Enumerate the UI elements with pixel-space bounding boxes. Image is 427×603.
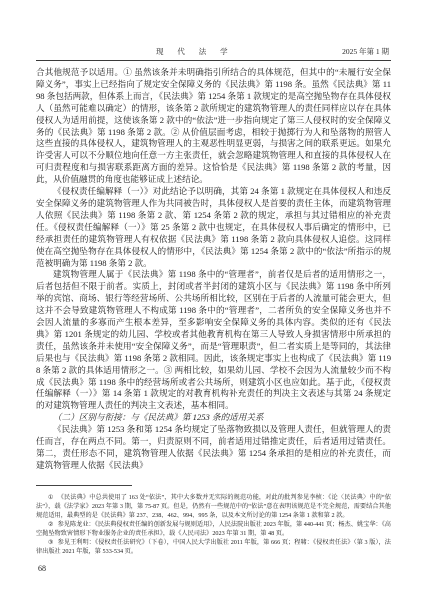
page-number: 68: [36, 564, 391, 573]
footnote-list: ①《民法典》中总共使用了 163 处“依法”，其中大多数并无实际的规范功能，对此…: [36, 493, 391, 556]
footnote-item: ①《民法典》中总共使用了 163 处“依法”，其中大多数并无实际的规范功能，对此…: [36, 493, 391, 520]
journal-title: 现 代 法 学: [156, 46, 234, 57]
footnote-divider: [36, 485, 132, 486]
footnote-text: 参见陈龙业：《民法典侵权责任编的创新发展与规则适用》，人民法院出版社 2023 …: [36, 521, 391, 537]
journal-page: 现 代 法 学 2025 年第 1 期 合其他规范予以适用。① 虽然该条并未明确…: [0, 0, 427, 603]
body-paragraph: 《民法典》第 1253 条和第 1254 条均规定了坠落物致损以及管理人责任，但…: [36, 424, 391, 472]
footnote-text: 参见王利明：《侵权责任法研究》（下卷），中国人民大学出版社 2011 年版，第 …: [36, 539, 391, 555]
footnote-item: ③参见王利明：《侵权责任法研究》（下卷），中国人民大学出版社 2011 年版，第…: [36, 538, 391, 556]
footnote-marker: ①: [48, 494, 54, 501]
running-head: 现 代 法 学 2025 年第 1 期: [36, 46, 391, 61]
footnote-marker: ②: [48, 521, 54, 528]
issue-label: 2025 年第 1 期: [342, 46, 389, 57]
body-paragraph: 合其他规范予以适用。① 虽然该条并未明确指引所结合的具体规范，但其中的“未履行安…: [36, 67, 391, 186]
footnote-marker: ③: [48, 539, 54, 546]
body-paragraph: 《侵权责任编解释（一）》对此结论予以明确，其第 24 条第 1 款规定在具体侵权…: [36, 186, 391, 269]
section-subheading: （二）区别与衔接：与《民法典》第 1253 条的适用关系: [36, 412, 391, 424]
body-text: 合其他规范予以适用。① 虽然该条并未明确指引所结合的具体规范，但其中的“未履行安…: [36, 67, 391, 472]
footnote-text: 《民法典》中总共使用了 163 处“依法”，其中大多数并无实际的规范功能，对此的…: [36, 494, 391, 519]
footnote-item: ②参见陈龙业：《民法典侵权责任编的创新发展与规则适用》，人民法院出版社 2023…: [36, 520, 391, 538]
body-paragraph: 建筑物管理人属于《民法典》第 1198 条中的“管理者”，前者仅是后者的适用情形…: [36, 269, 391, 412]
